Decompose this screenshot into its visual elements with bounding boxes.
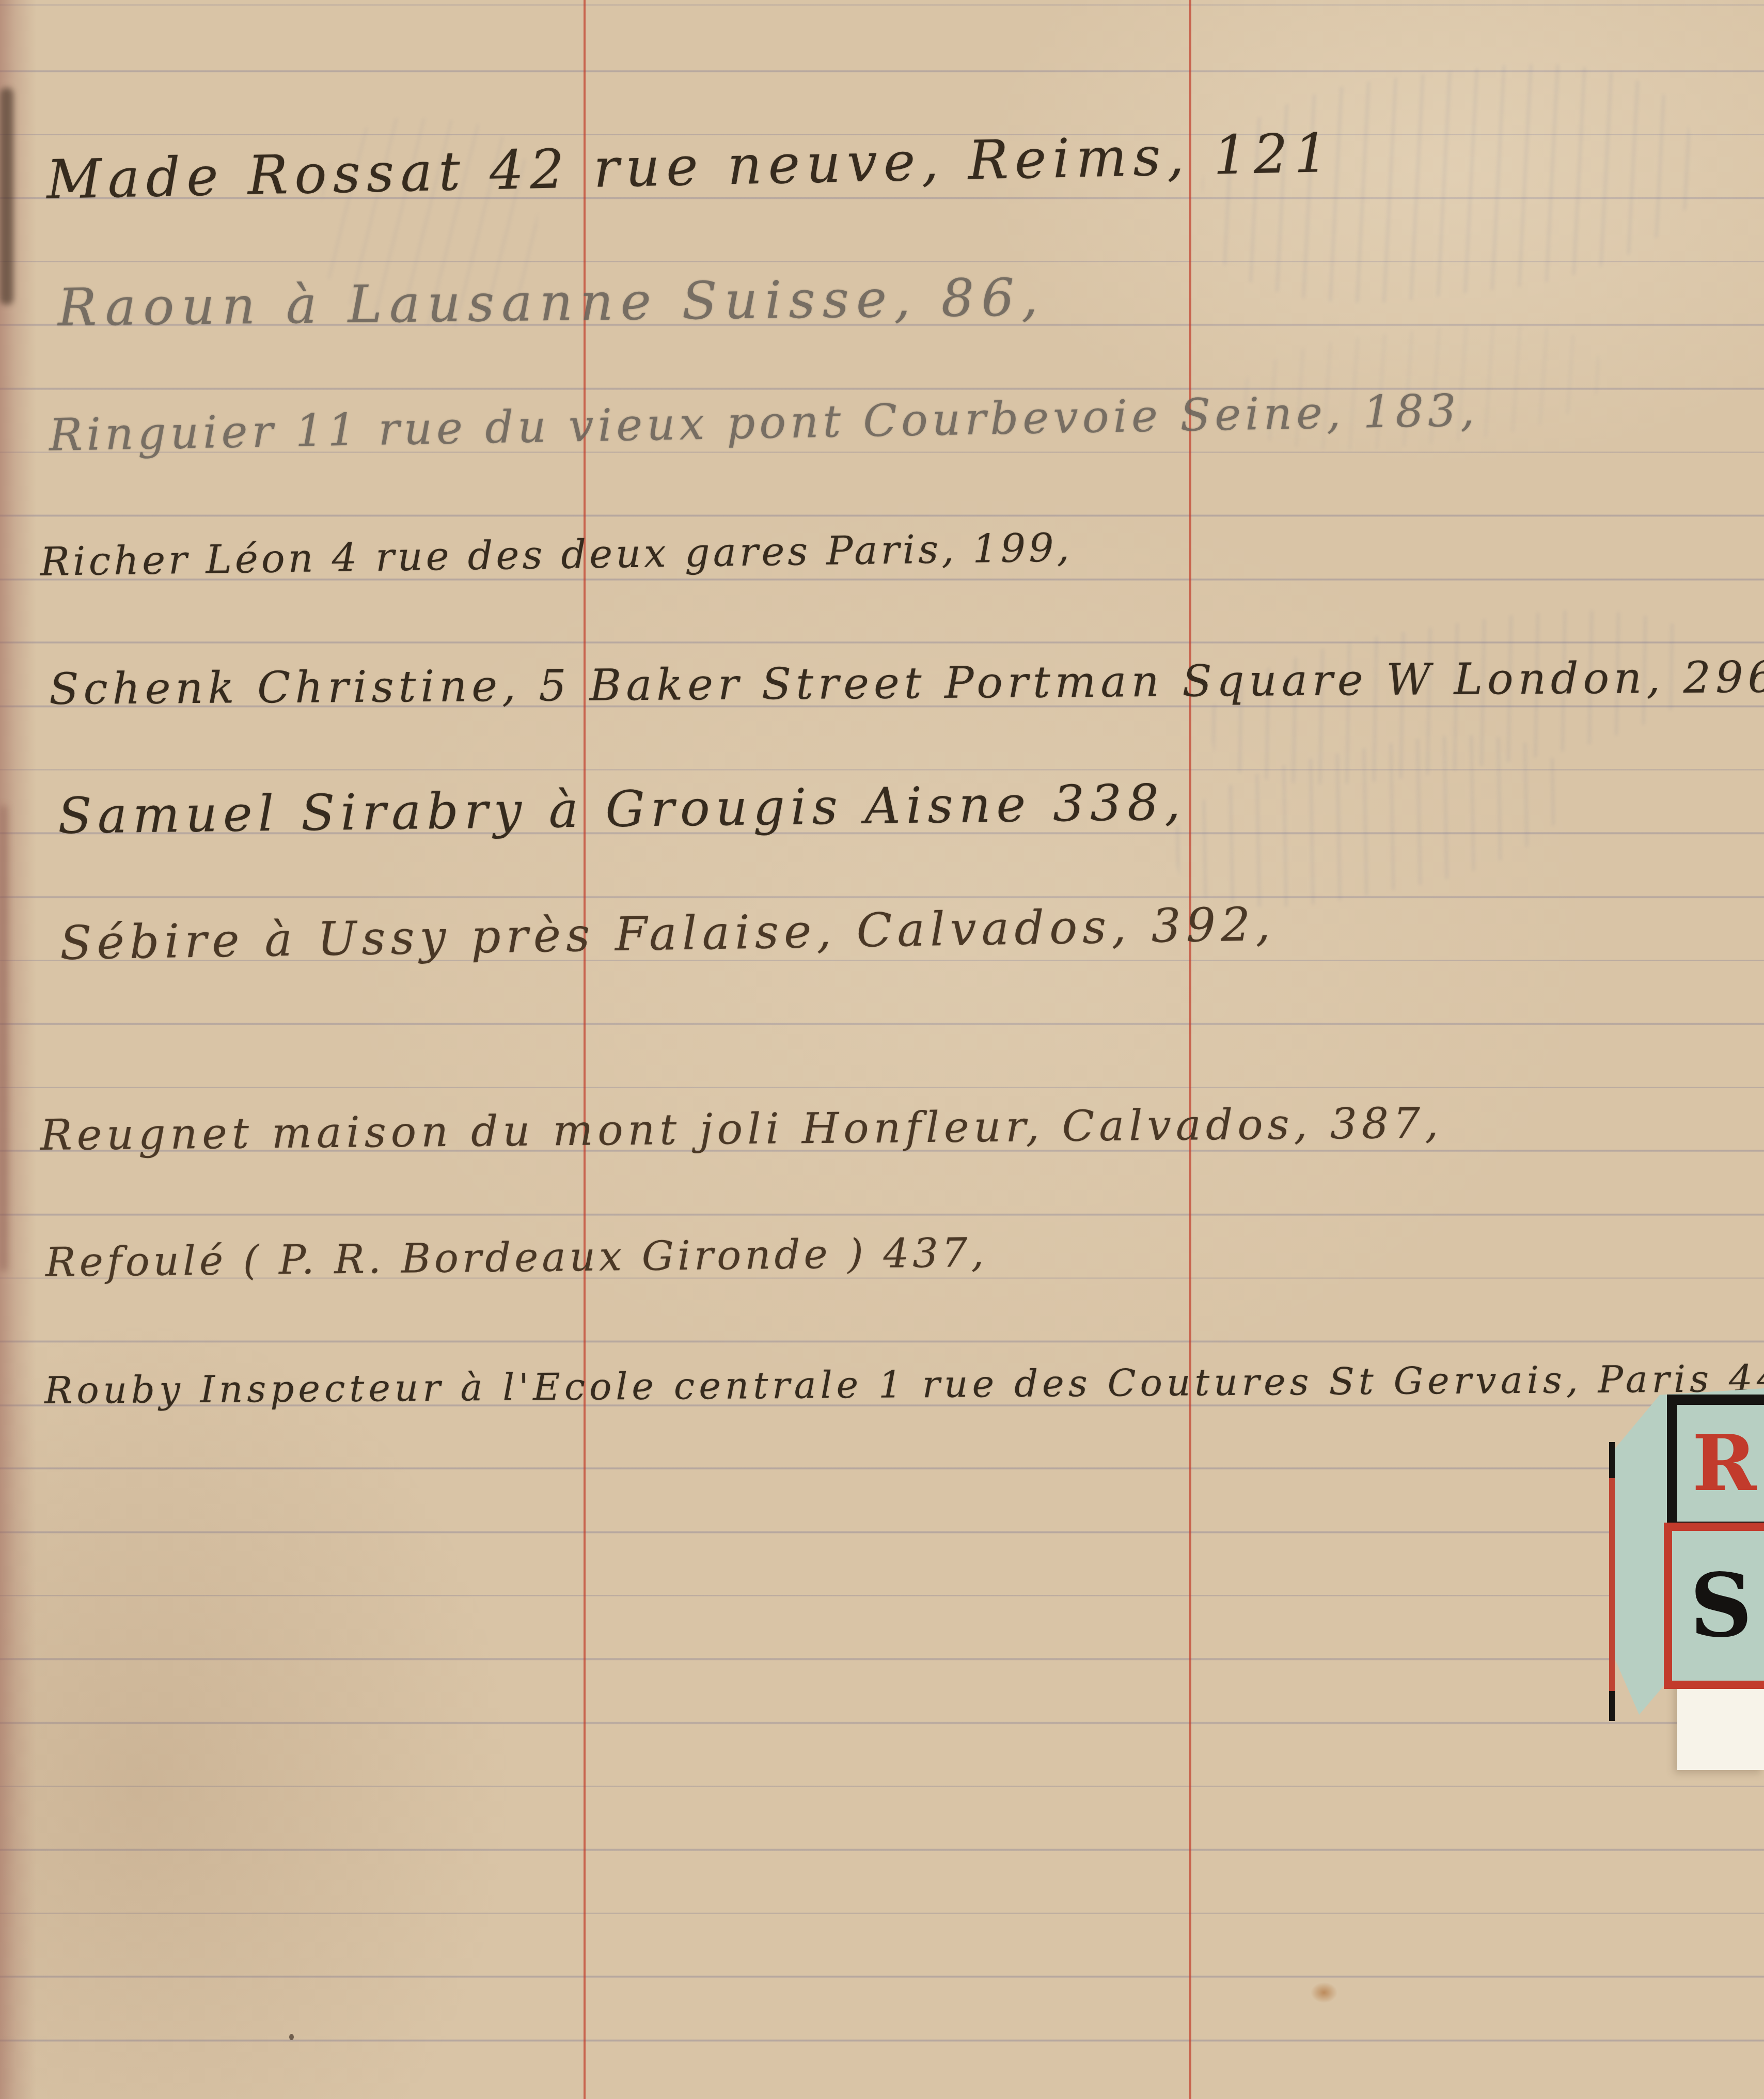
tab-edge-line <box>1609 1442 1615 1478</box>
ledger-entry-schenk: Schenk Christine, 5 Baker Street Portman… <box>49 655 1764 711</box>
ink-dot <box>289 2034 294 2040</box>
edge-smudge <box>0 88 13 305</box>
ledger-page: Made Rossat 42 rue neuve, Reims, 121 Rao… <box>0 0 1764 2099</box>
tab-letter-r[interactable]: R <box>1667 1395 1764 1532</box>
ledger-entry-sebire: Sébire à Ussy près Falaise, Calvados, 39… <box>59 901 1275 967</box>
edge-smudge <box>0 806 7 1271</box>
ledger-entry-refoule: Refoulé ( P. R. Bordeaux Gironde ) 437, <box>45 1233 988 1283</box>
ledger-entry-rossat: Made Rossat 42 rue neuve, Reims, 121 <box>46 126 1335 207</box>
ledger-entry-rouby: Rouby Inspecteur à l'Ecole centrale 1 ru… <box>44 1359 1764 1409</box>
ledger-entry-sirabry: Samuel Sirabry à Grougis Aisne 338, <box>57 777 1186 841</box>
ledger-entry-richer: Richer Léon 4 rue des deux gares Paris, … <box>40 528 1073 582</box>
ledger-entry-reugnet: Reugnet maison du mont joli Honfleur, Ca… <box>40 1102 1443 1157</box>
ledger-entry-raoun: Raoun à Lausanne Suisse, 86, <box>57 272 1045 334</box>
tab-edge-line <box>1609 1691 1615 1721</box>
tab-letter-s[interactable]: S <box>1664 1523 1764 1689</box>
paper-stain <box>1311 1982 1337 2003</box>
red-margin-rule-right <box>1189 0 1191 2099</box>
tab-edge-line <box>1609 1478 1615 1691</box>
ledger-entry-ringuier: Ringuier 11 rue du vieux pont Courbevoie… <box>49 388 1478 458</box>
